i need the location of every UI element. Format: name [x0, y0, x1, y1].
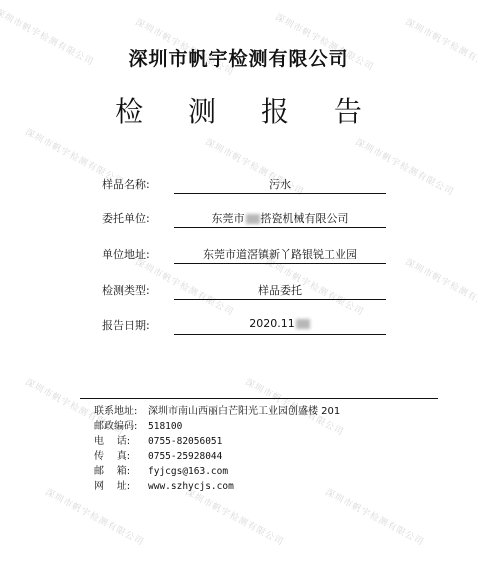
contact-value[interactable]: fyjcgs@163.com	[148, 464, 228, 479]
underline	[174, 227, 386, 228]
contact-fax: 传 真: 0755-25928044	[94, 449, 340, 464]
contact-value: 518100	[148, 419, 182, 434]
redaction	[296, 319, 310, 329]
field-test-type: 检测类型: 样品委托	[102, 278, 392, 302]
contact-website: 网 址: www.szhycjs.com	[94, 479, 340, 494]
contact-value: 0755-82056051	[148, 434, 222, 449]
contact-phone: 电 话: 0755-82056051	[94, 434, 340, 449]
contact-address: 联系地址: 深圳市南山西丽白芒阳光工业园创盛楼 201	[94, 404, 340, 419]
watermark: 深圳市帆宇检测有限公司	[43, 485, 146, 548]
field-label: 报告日期:	[102, 317, 150, 333]
contact-info: 联系地址: 深圳市南山西丽白芒阳光工业园创盛楼 201 邮政编码: 518100…	[94, 404, 340, 494]
contact-value: 0755-25928044	[148, 449, 222, 464]
value-prefix: 2020.11	[249, 317, 295, 330]
contact-postcode: 邮政编码: 518100	[94, 419, 340, 434]
company-name: 深圳市帆宇检测有限公司	[0, 44, 477, 71]
contact-key: 电 话:	[94, 434, 148, 449]
field-label: 委托单位:	[102, 210, 150, 226]
contact-key: 邮政编码:	[94, 419, 148, 434]
field-value: 东莞市搭瓷机械有限公司	[174, 210, 386, 226]
field-value: 东莞市道滘镇新丫路银锐工业园	[174, 246, 386, 262]
contact-key: 传 真:	[94, 449, 148, 464]
field-report-date: 报告日期: 2020.11	[102, 313, 392, 337]
contact-value: 深圳市南山西丽白芒阳光工业园创盛楼 201	[148, 404, 340, 419]
contact-value[interactable]: www.szhycjs.com	[148, 479, 234, 494]
field-client: 委托单位: 东莞市搭瓷机械有限公司	[102, 206, 392, 230]
underline	[174, 299, 386, 300]
contact-key: 网 址:	[94, 479, 148, 494]
underline	[174, 193, 386, 194]
redaction	[246, 214, 260, 224]
watermark: 深圳市帆宇检测有限公司	[403, 255, 477, 318]
underline	[174, 334, 386, 335]
field-sample-name: 样品名称: 污水	[102, 172, 392, 196]
watermark: 深圳市帆宇检测有限公司	[323, 485, 426, 548]
value-prefix: 东莞市	[212, 212, 245, 225]
field-value: 2020.11	[174, 317, 386, 330]
value-suffix: 搭瓷机械有限公司	[261, 212, 349, 225]
field-value: 污水	[174, 176, 386, 192]
contact-key: 联系地址:	[94, 404, 148, 419]
contact-key: 邮 箱:	[94, 464, 148, 479]
divider	[80, 398, 438, 399]
contact-email: 邮 箱: fyjcgs@163.com	[94, 464, 340, 479]
field-label: 检测类型:	[102, 282, 150, 298]
field-label: 样品名称:	[102, 176, 150, 192]
field-label: 单位地址:	[102, 246, 150, 262]
report-title: 检 测 报 告	[0, 90, 477, 130]
watermark: 深圳市帆宇检测有限公司	[183, 485, 286, 548]
field-value: 样品委托	[174, 282, 386, 298]
underline	[174, 263, 386, 264]
field-address: 单位地址: 东莞市道滘镇新丫路银锐工业园	[102, 242, 392, 266]
